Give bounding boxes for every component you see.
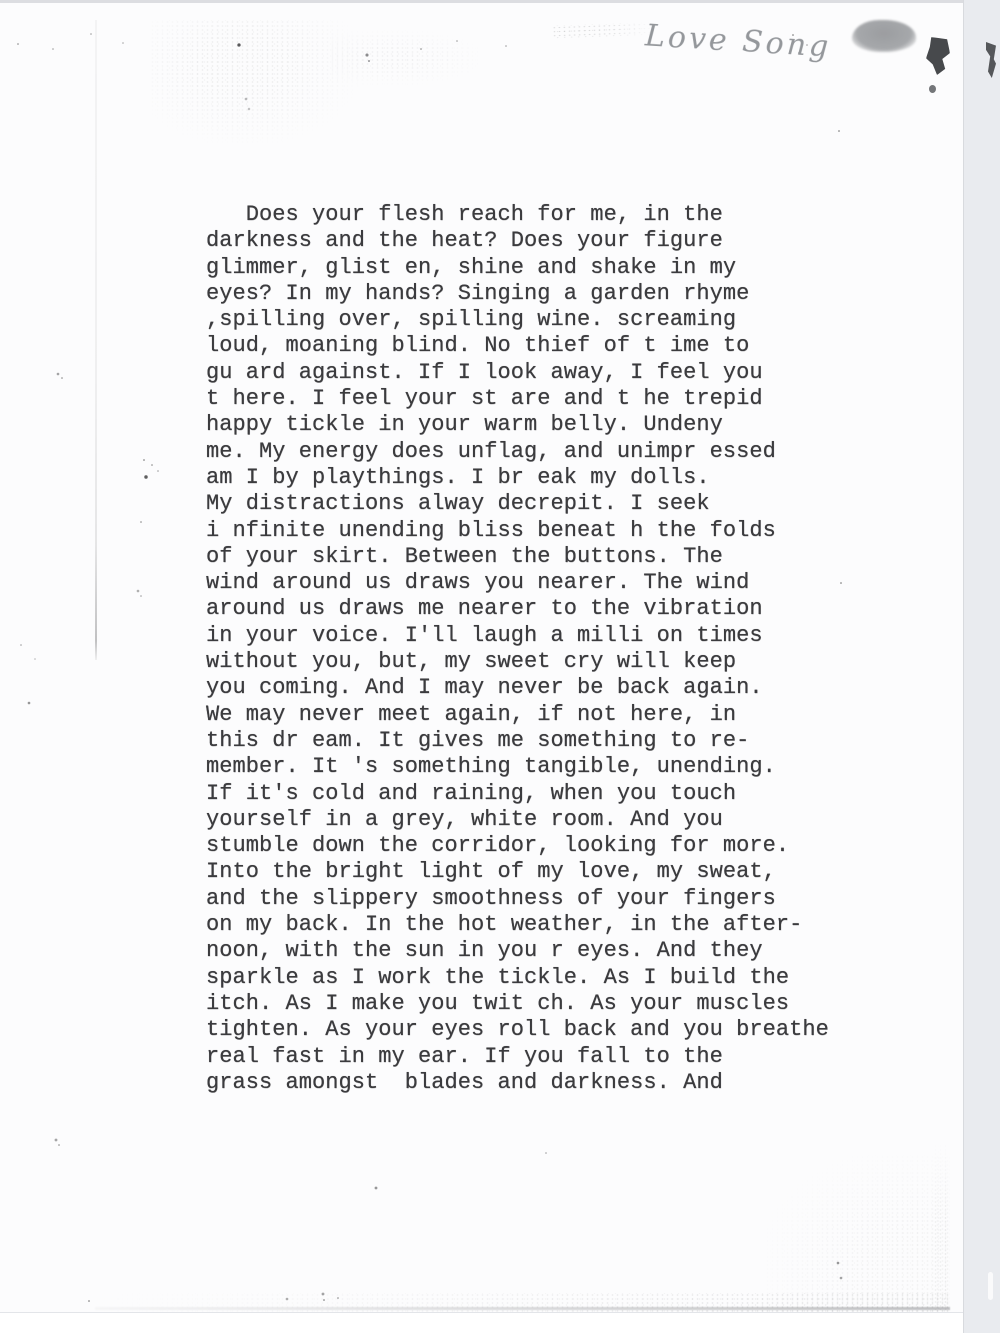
right-edge-grain xyxy=(933,1140,950,1310)
speckle-cloud-top-left xyxy=(150,20,360,145)
ink-blot xyxy=(926,37,950,75)
handwritten-title: Love Song xyxy=(644,18,832,64)
paper-bottom-edge-shadow xyxy=(95,1307,950,1310)
gray-smudge-blob xyxy=(852,20,916,52)
right-gutter xyxy=(963,0,1000,1333)
scan-top-edge xyxy=(0,0,963,3)
typed-body-text: Does your flesh reach for me, in the dar… xyxy=(206,202,829,1096)
ink-dot xyxy=(929,85,936,93)
graphite-smudge-band xyxy=(552,22,654,39)
scan-viewport: Love Song Does your flesh reach for me, … xyxy=(0,0,1000,1333)
speckle-cloud-top-center xyxy=(330,30,480,85)
edge-ink-mark xyxy=(986,42,996,78)
vertical-crease-line xyxy=(95,20,97,660)
bottom-right-noise xyxy=(765,1155,950,1305)
scanned-page: Love Song Does your flesh reach for me, … xyxy=(0,0,963,1313)
scrollbar-thumb[interactable] xyxy=(988,1272,993,1300)
